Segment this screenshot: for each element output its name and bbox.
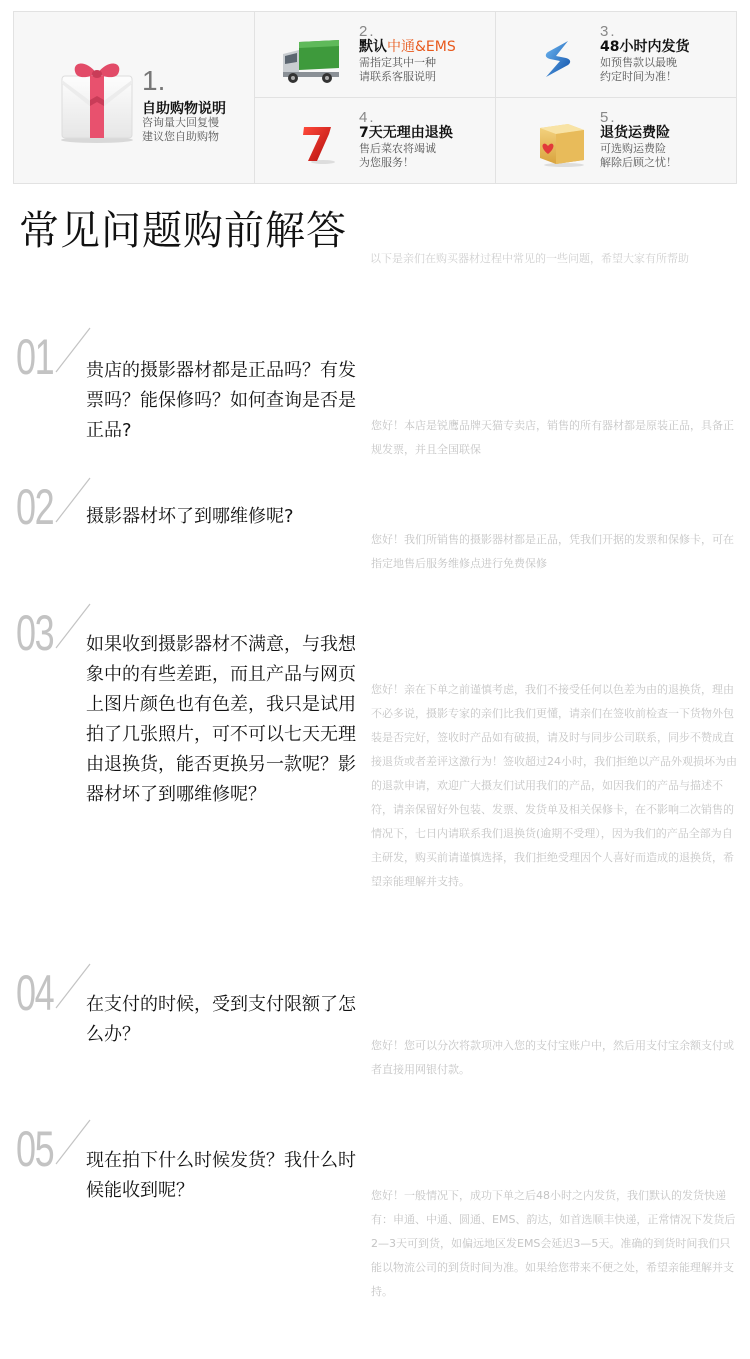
page-subtitle: 以下是亲们在购买器材过程中常见的一些问题，希望大家有所帮助 bbox=[370, 250, 689, 266]
gift-box-icon bbox=[56, 54, 138, 148]
item-title: 退货运费险 bbox=[600, 125, 677, 142]
service-banner: 1. 自助购物说明 咨询量大回复慢 建议您自助购物 2. 默认中通&EMS 需指… bbox=[13, 11, 737, 184]
item-description-line: 为您服务！ bbox=[359, 156, 453, 170]
faq-answer: 您好！一般情况下，成功下单之后48小时之内发货，我们默认的发货快递有：申通、中通… bbox=[371, 1184, 739, 1304]
heart-box-icon bbox=[538, 120, 586, 172]
item-title: 自助购物说明 bbox=[142, 98, 226, 118]
item-title: 7天无理由退换 bbox=[359, 125, 453, 142]
item-number: 1. bbox=[142, 67, 165, 95]
faq-question: 贵店的摄影器材都是正品吗？有发票吗？能保修吗？如何查询是否是正品? bbox=[86, 356, 371, 446]
courier-highlight: 中通&EMS bbox=[387, 39, 456, 55]
item-description-line: 约定时间为准！ bbox=[600, 70, 689, 84]
faq-number: 03 bbox=[16, 608, 53, 658]
banner-item-48h-shipping: 3. 48小时内发货 如预售款以最晚 约定时间为准！ bbox=[496, 12, 736, 98]
item-description-line: 如预售款以最晚 bbox=[600, 56, 689, 70]
item-number: 2. bbox=[359, 24, 456, 39]
faq-answer: 您好！亲在下单之前谨慎考虑，我们不接受任何以色差为由的退换货，理由不必多说，摄影… bbox=[371, 678, 739, 894]
faq-item: 02 摄影器材坏了到哪维修呢? 您好！我们所销售的摄影器材都是正品，凭我们开据的… bbox=[0, 482, 750, 582]
item-number: 3. bbox=[600, 24, 689, 39]
faq-question: 摄影器材坏了到哪维修呢? bbox=[86, 502, 371, 532]
faq-number: 04 bbox=[16, 968, 53, 1018]
faq-item: 04 在支付的时候，受到支付限额了怎么办？ 您好！您可以分次将款项冲入您的支付宝… bbox=[0, 968, 750, 1088]
faq-answer: 您好！本店是锐鹰品牌天猫专卖店，销售的所有器材都是原装正品，具备正规发票，并且全… bbox=[371, 414, 739, 462]
faq-item: 01 贵店的摄影器材都是正品吗？有发票吗？能保修吗？如何查询是否是正品? 您好！… bbox=[0, 332, 750, 472]
banner-item-7day-return: 4. 7天无理由退换 售后菜农将竭诚 为您服务！ bbox=[255, 98, 496, 183]
faq-number: 01 bbox=[16, 332, 53, 382]
faq-question: 在支付的时候，受到支付限额了怎么办？ bbox=[86, 990, 371, 1050]
faq-question: 现在拍下什么时候发货？我什么时候能收到呢？ bbox=[86, 1146, 371, 1206]
item-description-line: 解除后顾之忧！ bbox=[600, 156, 677, 170]
page-title: 常见问题购前解答 bbox=[19, 207, 347, 255]
item-title: 48小时内发货 bbox=[600, 39, 689, 56]
item-number: 4. bbox=[359, 110, 453, 125]
faq-number: 02 bbox=[16, 482, 53, 532]
item-number: 5. bbox=[600, 110, 677, 125]
banner-item-default-courier: 2. 默认中通&EMS 需指定其中一种 请联系客服说明 bbox=[255, 12, 496, 98]
item-description-line: 可选购运费险 bbox=[600, 142, 677, 156]
item-description-line: 需指定其中一种 bbox=[359, 56, 456, 70]
item-description-line: 售后菜农将竭诚 bbox=[359, 142, 453, 156]
banner-item-self-service: 1. 自助购物说明 咨询量大回复慢 建议您自助购物 bbox=[14, 12, 255, 183]
faq-number: 05 bbox=[16, 1124, 53, 1174]
item-title: 默认中通&EMS bbox=[359, 39, 456, 56]
lightning-icon bbox=[542, 40, 572, 82]
item-description: 咨询量大回复慢 建议您自助购物 bbox=[142, 116, 219, 144]
item-text: 4. 7天无理由退换 售后菜农将竭诚 为您服务！ bbox=[359, 110, 453, 170]
faq-question: 如果收到摄影器材不满意，与我想象中的有些差距，而且产品与网页上图片颜色也有色差，… bbox=[86, 630, 371, 810]
faq-item: 05 现在拍下什么时候发货？我什么时候能收到呢？ 您好！一般情况下，成功下单之后… bbox=[0, 1124, 750, 1314]
faq-answer: 您好！您可以分次将款项冲入您的支付宝账户中，然后用支付宝余额支付或者直接用网银付… bbox=[371, 1034, 739, 1082]
item-description-line: 请联系客服说明 bbox=[359, 70, 456, 84]
banner-item-return-insurance: 5. 退货运费险 可选购运费险 解除后顾之忧！ bbox=[496, 98, 736, 183]
item-text: 5. 退货运费险 可选购运费险 解除后顾之忧！ bbox=[600, 110, 677, 170]
faq-answer: 您好！我们所销售的摄影器材都是正品，凭我们开据的发票和保修卡，可在指定地售后服务… bbox=[371, 528, 739, 576]
item-text: 2. 默认中通&EMS 需指定其中一种 请联系客服说明 bbox=[359, 24, 456, 84]
faq-item: 03 如果收到摄影器材不满意，与我想象中的有些差距，而且产品与网页上图片颜色也有… bbox=[0, 608, 750, 928]
item-text: 3. 48小时内发货 如预售款以最晚 约定时间为准！ bbox=[600, 24, 689, 84]
delivery-truck-icon bbox=[281, 38, 341, 88]
seven-icon bbox=[301, 124, 335, 168]
